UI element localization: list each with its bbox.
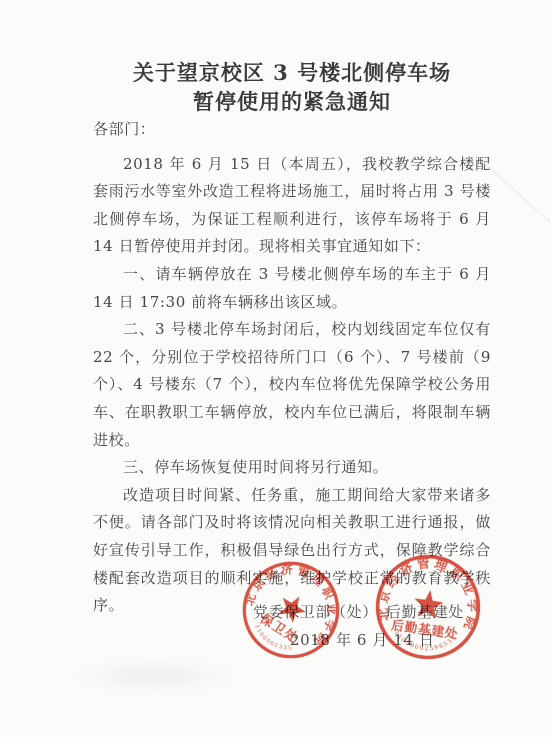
- body-paragraph-3: 二、3 号楼北停车场封闭后，校内划线固定车位仅有 22 个，分别位于学校招待所门…: [93, 316, 491, 454]
- scan-scratch-artifact: [482, 160, 551, 225]
- body-paragraph-1: 2018 年 6 月 15 日（本周五），我校教学综合楼配套雨污水等室外改造工程…: [93, 151, 491, 261]
- title-line-1: 关于望京校区 3 号楼北侧停车场: [93, 58, 491, 87]
- document-title: 关于望京校区 3 号楼北侧停车场 暂停使用的紧急通知: [93, 58, 491, 116]
- salutation: 各部门：: [93, 116, 491, 144]
- body-paragraph-2: 一、请车辆停放在 3 号楼北侧停车场的车主于 6 月 14 日 17:30 前将…: [93, 261, 491, 316]
- scan-smudge-artifact: [70, 658, 240, 694]
- document-body: 关于望京校区 3 号楼北侧停车场 暂停使用的紧急通知 各部门： 2018 年 6…: [93, 58, 491, 620]
- document-page: 关于望京校区 3 号楼北侧停车场 暂停使用的紧急通知 各部门： 2018 年 6…: [0, 0, 551, 737]
- star-icon: [412, 588, 445, 620]
- logistics-department-seal: 北京经济管理职业学院 后勤基建处 1100000259655: [367, 546, 489, 668]
- title-line-2: 暂停使用的紧急通知: [93, 87, 491, 116]
- body-paragraph-4: 三、停车场恢复使用时间将另行通知。: [93, 454, 491, 482]
